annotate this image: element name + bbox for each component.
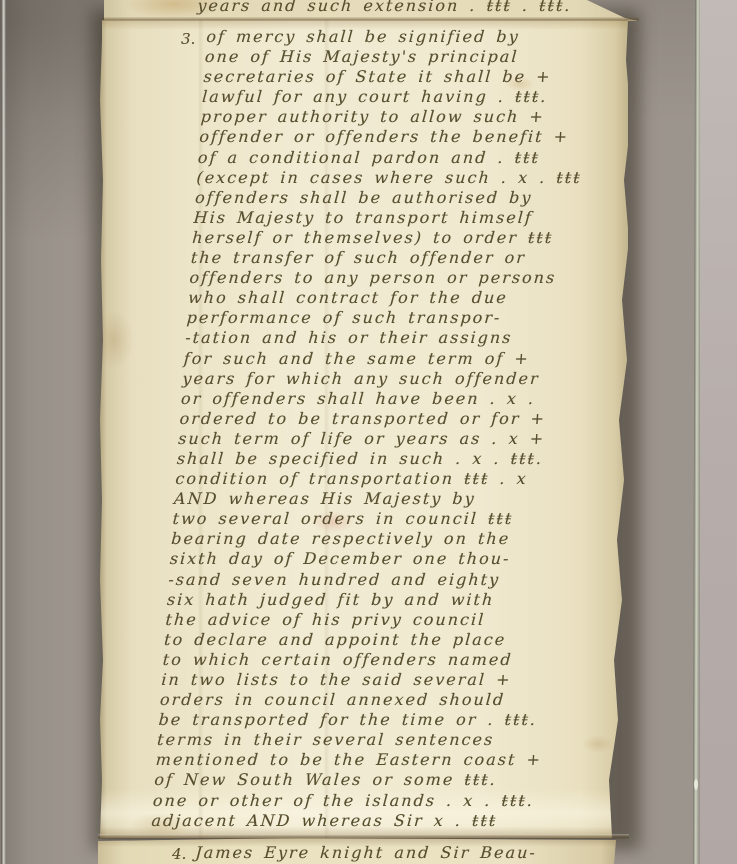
manuscript-text-line: shall be specified in such . x . ŧŧŧ. xyxy=(176,449,563,469)
manuscript-text-line: such term of life or years as . x + xyxy=(177,429,564,449)
manuscript-text-line: condition of transportation ŧŧŧ . x xyxy=(175,469,562,489)
manuscript-text-line: orders in council annexed should xyxy=(159,690,546,710)
photo-backdrop: years and such extension . ŧŧŧ . ŧŧŧ. 3.… xyxy=(0,0,737,864)
paragraph-number-3: 3. xyxy=(181,30,195,48)
manuscript-text-line: secretaries of State it shall be + xyxy=(203,67,590,87)
manuscript-text-line: James Eyre knight and Sir Beau- xyxy=(195,843,538,863)
manuscript-text-line: sixth day of December one thou- xyxy=(169,549,556,569)
manuscript-text-line: offenders to any person or persons xyxy=(189,268,576,288)
manuscript-text-line: years for which any such offender xyxy=(182,369,569,389)
paragraph-number-4: 4. xyxy=(172,845,186,863)
manuscript-text-line: offenders shall be authorised by xyxy=(194,188,581,208)
manuscript-text-line: AND whereas His Majesty by xyxy=(173,489,560,509)
manuscript-text-line: terms in their several sentences xyxy=(156,730,543,750)
manuscript-text-line: bearing date respectively on the xyxy=(170,529,557,549)
manuscript-text-line: the advice of his privy council xyxy=(165,610,552,630)
manuscript-text-top-fragment: years and such extension . ŧŧŧ . ŧŧŧ. xyxy=(197,0,573,16)
manuscript-text-line: years and such extension . ŧŧŧ . ŧŧŧ. xyxy=(197,0,573,16)
manuscript-text-line: -tation and his or their assigns xyxy=(185,328,572,348)
manuscript-text-line: (except in cases where such . x . ŧŧŧ xyxy=(196,168,583,188)
manuscript-text-line: ordered to be transported or for + xyxy=(179,409,566,429)
manuscript-text-main: of mercy shall be signified byone of His… xyxy=(151,27,593,831)
manuscript-text-line: for such and the same term of + xyxy=(183,349,570,369)
manuscript-text-line: offender or offenders the benefit + xyxy=(199,127,586,147)
manuscript-text-line: herself or themselves) to order ŧŧŧ xyxy=(192,228,579,248)
manuscript-text-line: -sand seven hundred and eighty xyxy=(168,570,555,590)
manuscript-text-line: of New South Wales or some ŧŧŧ. xyxy=(154,770,541,790)
manuscript-text-line: to declare and appoint the place xyxy=(163,630,550,650)
manuscript-text-line: who shall contract for the due xyxy=(187,288,574,308)
glass-edge-left xyxy=(1,0,6,864)
manuscript-text-line: the transfer of such offender or xyxy=(190,248,577,268)
sheet-seam-bottom xyxy=(98,834,629,839)
backdrop-outside-glass xyxy=(700,0,737,864)
manuscript-text-line: of a conditional pardon and . ŧŧŧ xyxy=(197,148,584,168)
manuscript-text-line: lawful for any court having . ŧŧŧ. xyxy=(201,87,588,107)
manuscript-text-line: His Majesty to transport himself xyxy=(193,208,580,228)
manuscript-text-line: one of His Majesty's principal xyxy=(204,47,591,67)
manuscript-text-line: be transported for the time or . ŧŧŧ. xyxy=(158,710,545,730)
manuscript-text-line: mentioned to be the Eastern coast + xyxy=(155,750,542,770)
manuscript-text-line: or offenders shall have been . x . xyxy=(180,389,567,409)
manuscript-text-line: in two lists to the said several + xyxy=(161,670,548,690)
glass-reflection-glint xyxy=(694,779,698,790)
manuscript-text-line: adjacent AND whereas Sir x . ŧŧŧ xyxy=(151,811,538,831)
manuscript-text-line: performance of such transpor- xyxy=(186,308,573,328)
manuscript-text-line: to which certain offenders named xyxy=(162,650,549,670)
manuscript-text-line: two several orders in council ŧŧŧ xyxy=(172,509,559,529)
manuscript-text-line: six hath judged fit by and with xyxy=(166,590,553,610)
manuscript-text-line: one or other of the islands . x . ŧŧŧ. xyxy=(152,791,539,811)
sheet-seam-top xyxy=(102,17,639,21)
manuscript-text-bottom-fragment: James Eyre knight and Sir Beau- xyxy=(195,843,538,863)
manuscript-text-line: of mercy shall be signified by xyxy=(206,27,593,47)
manuscript-text-line: proper authority to allow such + xyxy=(200,107,587,127)
